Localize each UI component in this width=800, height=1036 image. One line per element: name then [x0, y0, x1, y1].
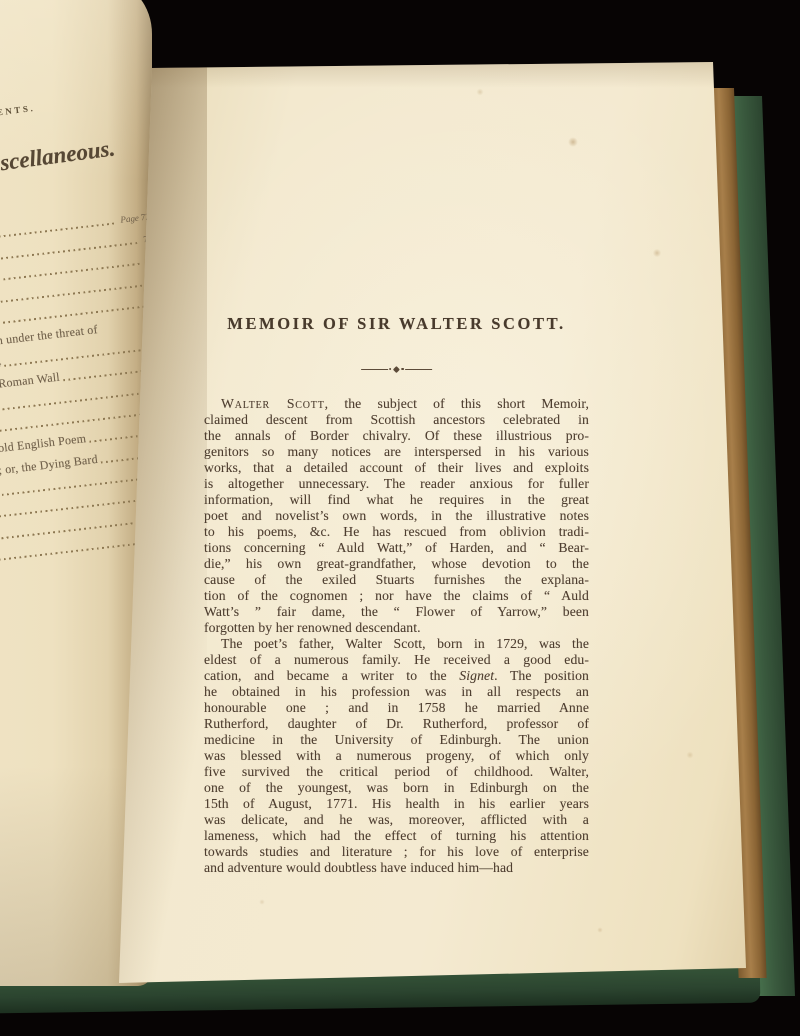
text-line: cause of the exiled Stuarts furnishes th… [204, 572, 589, 588]
page-content: MEMOIR OF SIR WALTER SCOTT. Walter Scott… [204, 62, 589, 984]
text-line: die,” his own great-grandfather, whose d… [204, 556, 589, 572]
text-line: towards studies and literature ; for his… [204, 844, 589, 860]
page-column-label: Page [120, 213, 140, 225]
divider-dot [401, 368, 403, 370]
text-line: works, that a detailed account of their … [204, 460, 589, 476]
divider-line-left [361, 369, 388, 371]
text-line: one of the youngest, was born in Edinbur… [204, 780, 589, 796]
divider-diamond [393, 366, 399, 372]
text-line: was delicate, and he was, moreover, affl… [204, 812, 589, 828]
text-line: cation, and became a writer to the Signe… [204, 668, 589, 684]
text-line: information, will find what he requires … [204, 492, 589, 508]
text-line: claimed descent from Scottish ancestors … [204, 412, 589, 428]
text-line: medicine in the University of Edinburgh.… [204, 732, 589, 748]
text-line: Watt’s ” fair dame, the “ Flower of Yarr… [204, 604, 589, 620]
text-line: 15th of August, 1771. His health in his … [204, 796, 589, 812]
text-line: forgotten by her renowned descendant. [204, 620, 589, 636]
text-line: tions concerning “ Auld Watt,” of Harden… [204, 540, 589, 556]
text-line: Walter Scott, the subject of this short … [204, 396, 589, 412]
text-line: was blessed with a numerous progeny, of … [204, 748, 589, 764]
text-line: Rutherford, daughter of Dr. Rutherford, … [204, 716, 589, 732]
text-line: eldest of a numerous family. He received… [204, 652, 589, 668]
text-line: The poet’s father, Walter Scott, born in… [204, 636, 589, 652]
book-photo: { "left_page": { "header": "CONTENTS.", … [0, 0, 800, 1036]
contents-list: Page728729729730730Written under the thr… [0, 202, 152, 566]
divider-dot [389, 368, 391, 370]
divider-line-right [405, 369, 432, 371]
text-line: to his poems, &c. He has rescued from ob… [204, 524, 589, 540]
text-line: lameness, which had the effect of turnin… [204, 828, 589, 844]
text-line: the annals of Border chivalry. Of these … [204, 428, 589, 444]
text-line: is altogether unnecessary. The reader an… [204, 476, 589, 492]
right-page: MEMOIR OF SIR WALTER SCOTT. Walter Scott… [112, 62, 754, 984]
text-line: five survived the critical period of chi… [204, 764, 589, 780]
text-line: tion of the cognomen ; nor have the clai… [204, 588, 589, 604]
text-line: genitors so many notices are intersperse… [204, 444, 589, 460]
text-line: honourable one ; and in 1758 he married … [204, 700, 589, 716]
text-line: and adventure would doubtless have induc… [204, 860, 589, 876]
memoir-title: MEMOIR OF SIR WALTER SCOTT. [204, 314, 589, 334]
divider-ornament [361, 367, 433, 372]
text-line: poet and novelist’s own words, in the il… [204, 508, 589, 524]
memoir-text: Walter Scott, the subject of this short … [204, 396, 589, 876]
text-line: he obtained in his profession was in all… [204, 684, 589, 700]
